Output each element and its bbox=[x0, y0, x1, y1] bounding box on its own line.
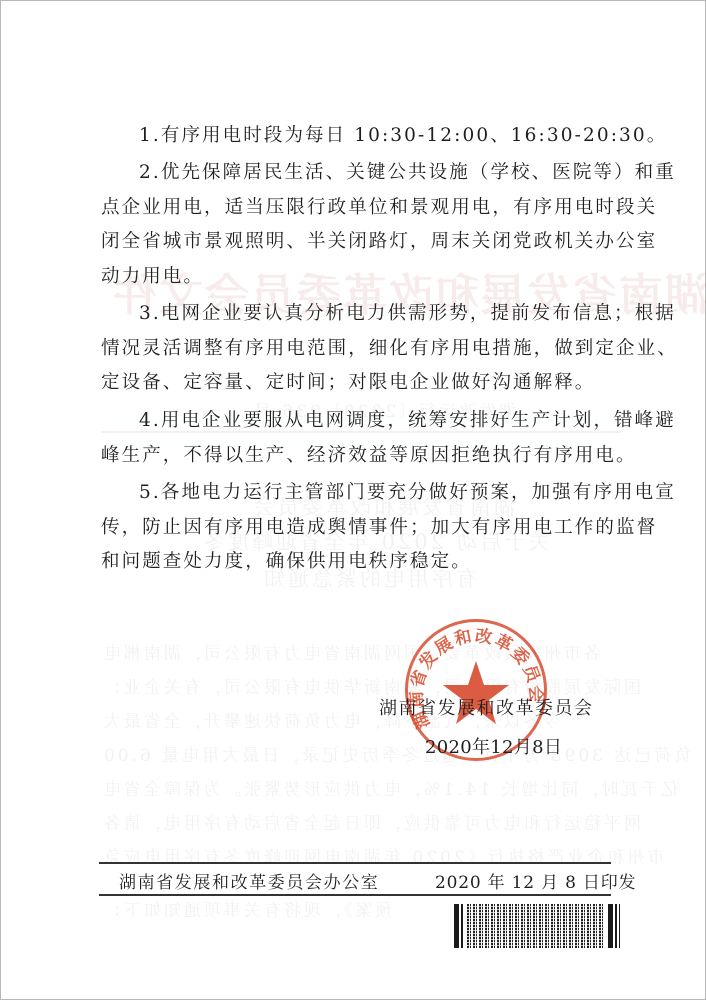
paragraph-line: 和问题查处力度，确保供用电秩序稳定。 bbox=[101, 545, 621, 580]
issue-date: 2020年12月8日 bbox=[425, 733, 562, 759]
paragraph-1: 1.有序用电时段为每日 10:30-12:00、16:30-20:30。 bbox=[101, 119, 621, 154]
barcode-end-bar bbox=[615, 904, 617, 948]
paragraph-5: 5.各地电力运行主管部门要充分做好预案，加强有序用电宣 传，防止因有序用电造成舆… bbox=[101, 476, 621, 580]
barcode-data-field bbox=[467, 904, 604, 948]
document-page: 湖南省发展和改革委员会文件 湘发改运行〔2020〕936 号 湖南省发展和改革委… bbox=[0, 0, 706, 1000]
paragraph-line: 3.电网企业要认真分析电力供需形势，提前发布信息；根据 bbox=[101, 297, 621, 332]
footer-office: 湖南省发展和改革委员会办公室 bbox=[119, 868, 379, 893]
barcode-end-bar bbox=[608, 904, 613, 948]
paragraph-2: 2.优先保障居民生活、关键公共设施（学校、医院等）和重 点企业用电，适当压限行政… bbox=[101, 156, 621, 294]
paragraph-line: 5.各地电力运行主管部门要充分做好预案，加强有序用电宣 bbox=[101, 476, 621, 511]
bleed-body-line: 市州和企业严格执行《2020 年湖南电网迎峰度冬有序用电应急 bbox=[101, 843, 665, 868]
paragraph-line: 2.优先保障居民生活、关键公共设施（学校、医院等）和重 bbox=[101, 156, 621, 191]
footer-print-date: 2020 年 12 月 8 日印发 bbox=[435, 868, 636, 893]
barcode-start-bar bbox=[461, 904, 463, 948]
paragraph-line: 4.用电企业要服从电网调度，统筹安排好生产计划，错峰避 bbox=[101, 404, 621, 439]
paragraph-line: 传，防止因有序用电造成舆情事件；加大有序用电工作的监督 bbox=[101, 511, 621, 546]
paragraph-4: 4.用电企业要服从电网调度，统筹安排好生产计划，错峰避 峰生产，不得以生产、经济… bbox=[101, 404, 621, 473]
bleed-body-line: 亿千瓦时，同比增长 14.1%，电力供应形势紧张。为保障全省电 bbox=[101, 775, 678, 800]
paragraph-line: 点企业用电，适当压限行政单位和景观用电，有序用电时段关 bbox=[101, 191, 621, 226]
issuer-name: 湖南省发展和改革委员会 bbox=[379, 694, 594, 720]
footer-top-rule bbox=[99, 862, 611, 864]
paragraph-line: 峰生产，不得以生产、经济效益等原因拒绝执行有序用电。 bbox=[101, 439, 621, 474]
paragraph-line: 1.有序用电时段为每日 10:30-12:00、16:30-20:30。 bbox=[101, 119, 621, 154]
paragraph-line: 情况灵活调整有序用电范围，细化有序用电措施，做到定企业、 bbox=[101, 332, 621, 367]
paragraph-line: 动力用电。 bbox=[101, 260, 621, 295]
barcode-start-bar bbox=[454, 904, 459, 948]
barcode-end-bar bbox=[619, 904, 620, 948]
paragraph-3: 3.电网企业要认真分析电力供需形势，提前发布信息；根据 情况灵活调整有序用电范围… bbox=[101, 297, 621, 401]
footer-bottom-rule bbox=[99, 894, 611, 896]
bleed-body-line: 预案》，现将有关事项通知如下： bbox=[101, 896, 393, 921]
barcode bbox=[454, 904, 620, 948]
paragraph-line: 定设备、定容量、定时间；对限电企业做好沟通解释。 bbox=[101, 366, 621, 401]
bleed-body-line: 网平稳运行和电力可靠供应，即日起全省启动有序用电，请各 bbox=[101, 809, 641, 834]
paragraph-line: 闭全省城市景观照明、半关闭路灯，周末关闭党政机关办公室 bbox=[101, 225, 621, 260]
bleed-body-line: 负荷已达 3093 万千瓦，超过冬季历史记录，日最大用电量 6.00 bbox=[101, 741, 691, 766]
